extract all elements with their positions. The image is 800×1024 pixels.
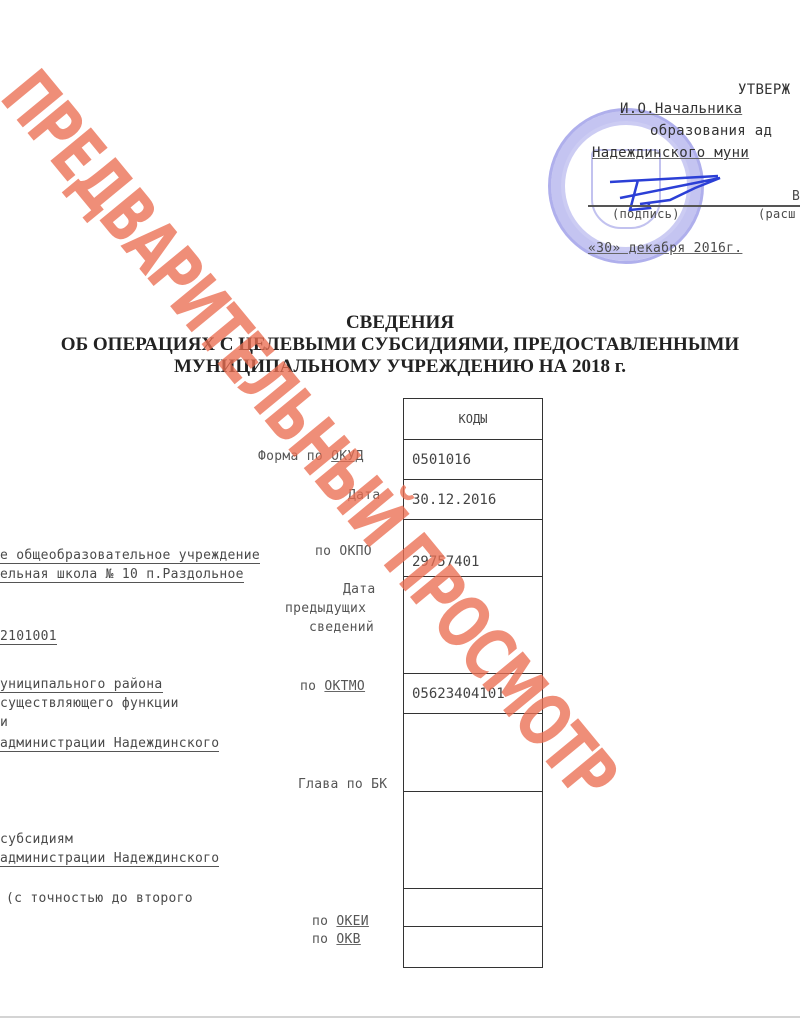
label-okei-code: ОКЕИ	[336, 914, 369, 929]
label-okv-prefix: по	[312, 932, 328, 947]
approval-line-2: образования ад	[650, 123, 772, 139]
decode-caption: (расш	[758, 207, 796, 221]
label-prev-date-2: предыдущих	[285, 601, 366, 616]
code-oktmo: 05623404101	[404, 674, 542, 714]
codes-table: КОДЫ 0501016 30.12.2016 29757401 0562340…	[403, 398, 543, 968]
subsidy-line-2: администрации Надеждинского	[0, 851, 219, 867]
label-date: Дата	[348, 488, 381, 503]
municipal-line-1: униципального района	[0, 677, 163, 693]
label-okud-prefix: Форма по	[258, 449, 323, 464]
municipal-line-2: существляющего функции	[0, 696, 179, 711]
label-prev-date-1: Дата	[343, 582, 376, 597]
label-okei-prefix: по	[312, 914, 328, 929]
approval-decode-initial: В	[792, 189, 800, 204]
municipal-line-4: администрации Надеждинского	[0, 736, 219, 752]
document-subtitle-1: ОБ ОПЕРАЦИЯХ С ЦЕЛЕВЫМИ СУБСИДИЯМИ, ПРЕД…	[0, 334, 800, 356]
codes-header: КОДЫ	[404, 399, 542, 440]
code-date: 30.12.2016	[404, 480, 542, 520]
label-oktmo: по ОКТМО	[300, 679, 365, 694]
approval-date: «30» декабря 2016г.	[588, 241, 742, 256]
municipal-line-3: и	[0, 715, 8, 730]
code-okei	[404, 889, 542, 927]
kpp-value: 2101001	[0, 629, 57, 645]
approval-heading: УТВЕРЖ	[738, 82, 790, 98]
document-title: СВЕДЕНИЯ	[0, 312, 800, 334]
code-okud: 0501016	[404, 440, 542, 480]
signature-caption: (подпись)	[612, 207, 680, 221]
label-okud-code: ОКУД	[331, 449, 364, 464]
label-oktmo-code: ОКТМО	[324, 679, 365, 694]
code-okv	[404, 927, 542, 967]
label-glava-bk: Глава по БК	[298, 777, 387, 792]
subsidy-line-1: субсидиям	[0, 832, 73, 847]
approval-line-1: И.О.Начальника	[620, 101, 742, 117]
label-okpo: по ОКПО	[315, 544, 372, 559]
label-okei: по ОКЕИ	[312, 914, 369, 929]
code-prev-date	[404, 577, 542, 674]
label-prev-date-3: сведений	[309, 620, 374, 635]
approval-line-3: Надеждинского муни	[592, 145, 749, 161]
label-okv-code: ОКВ	[336, 932, 360, 947]
page-bottom-edge	[0, 1016, 800, 1018]
institution-name-1: е общеобразовательное учреждение	[0, 548, 260, 564]
code-glava-bk	[404, 714, 542, 792]
label-okv: по ОКВ	[312, 932, 361, 947]
code-okpo: 29757401	[404, 520, 542, 577]
document-subtitle-2: МУНИЦИПАЛЬНОМУ УЧРЕЖДЕНИЮ НА 2018 г.	[0, 356, 800, 378]
precision-note: (с точностью до второго	[6, 891, 193, 906]
label-okud: Форма по ОКУД	[258, 449, 364, 464]
institution-name-2: ельная школа № 10 п.Раздольное	[0, 567, 244, 583]
label-oktmo-prefix: по	[300, 679, 316, 694]
code-empty	[404, 792, 542, 889]
